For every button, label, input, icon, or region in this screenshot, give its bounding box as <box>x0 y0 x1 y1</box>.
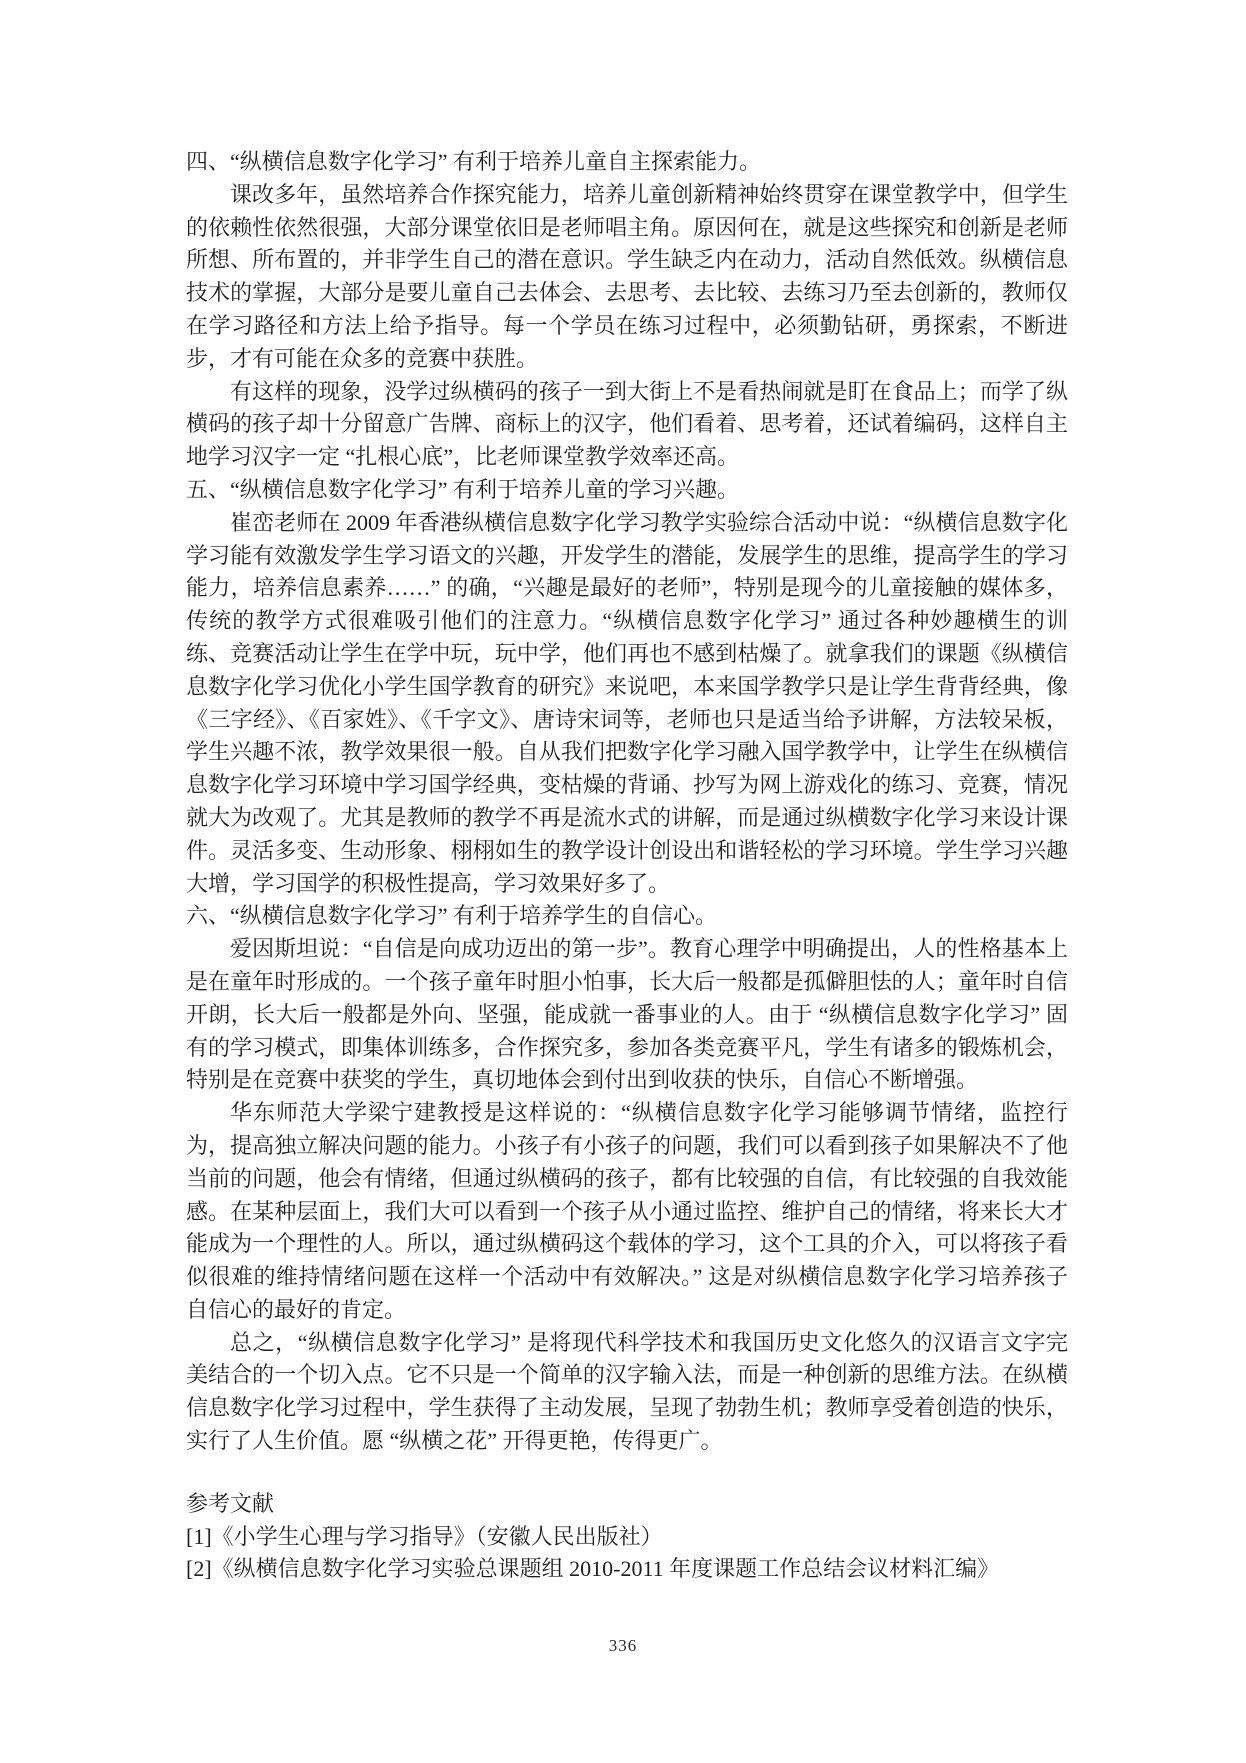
body-paragraph: 课改多年，虽然培养合作探究能力，培养儿童创新精神始终贯穿在课堂教学中，但学生的依… <box>186 179 1068 376</box>
reference-item: [2]《纵横信息数字化学习实验总课题组 2010-2011 年度课题工作总结会议… <box>186 1553 1068 1586</box>
body-paragraph: 爱因斯坦说：“自信是向成功迈出的第一步”。教育心理学中明确提出，人的性格基本上是… <box>186 933 1068 1097</box>
document-body: 四、“纵横信息数字化学习” 有利于培养儿童自主探索能力。 课改多年，虽然培养合作… <box>186 146 1068 1586</box>
document-page: 四、“纵横信息数字化学习” 有利于培养儿童自主探索能力。 课改多年，虽然培养合作… <box>0 0 1246 1763</box>
body-paragraph: 华东师范大学梁宁建教授是这样说的：“纵横信息数字化学习能够调节情绪，监控行为，提… <box>186 1097 1068 1327</box>
section-heading-4: 四、“纵横信息数字化学习” 有利于培养儿童自主探索能力。 <box>186 146 1068 179</box>
section-heading-6: 六、“纵横信息数字化学习” 有利于培养学生的自信心。 <box>186 900 1068 933</box>
references-section: 参考文献 [1]《小学生心理与学习指导》（安徽人民出版社） [2]《纵横信息数字… <box>186 1488 1068 1586</box>
body-paragraph: 总之，“纵横信息数字化学习” 是将现代科学技术和我国历史文化悠久的汉语言文字完美… <box>186 1327 1068 1458</box>
body-paragraph: 有这样的现象，没学过纵横码的孩子一到大街上不是看热闹就是盯在食品上；而学了纵横码… <box>186 376 1068 474</box>
page-number: 336 <box>0 1636 1246 1656</box>
reference-item: [1]《小学生心理与学习指导》（安徽人民出版社） <box>186 1521 1068 1554</box>
body-paragraph: 崔峦老师在 2009 年香港纵横信息数字化学习教学实验综合活动中说：“纵横信息数… <box>186 507 1068 901</box>
section-heading-5: 五、“纵横信息数字化学习” 有利于培养儿童的学习兴趣。 <box>186 474 1068 507</box>
references-title: 参考文献 <box>186 1488 1068 1521</box>
